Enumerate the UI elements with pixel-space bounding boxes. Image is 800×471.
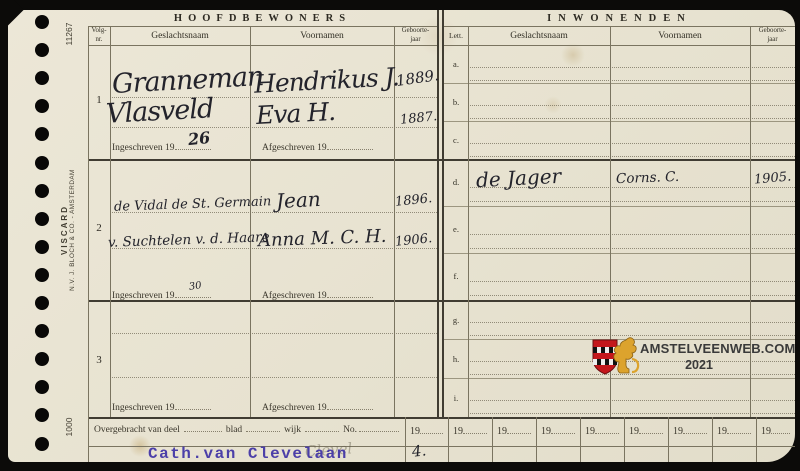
lett-label: h. <box>444 354 468 364</box>
transfer-dots-1 <box>184 422 222 432</box>
grid-line <box>110 26 111 417</box>
volgnr-3: 3 <box>88 354 110 366</box>
ruled-dotted-line <box>468 105 795 106</box>
ruled-dotted-line <box>468 248 795 249</box>
printer-name: VISCARD <box>60 159 69 301</box>
handwriting-inwonende-voornamen-d: Corns. C. <box>616 171 680 187</box>
binder-hole <box>35 15 49 29</box>
year-cell-dots <box>463 424 487 434</box>
ingeschreven-row-3: Ingeschreven 19 <box>112 400 211 413</box>
binder-hole <box>35 127 49 141</box>
ruled-dotted-line <box>468 234 795 235</box>
binder-hole <box>35 268 49 282</box>
transfer-label-no: No. <box>343 425 357 435</box>
grid-line <box>444 83 795 84</box>
grid-line <box>444 45 795 46</box>
year-cell: 19 <box>410 424 443 437</box>
binder-hole <box>35 324 49 338</box>
afgeschreven-row-1: Afgeschreven 19 <box>262 140 373 153</box>
printer-address: N.V. J. BLOCH & CO. - AMSTERDAM <box>69 159 76 301</box>
binder-hole <box>35 43 49 57</box>
year-cell: 19 <box>453 424 487 437</box>
year-cell-prefix: 19 <box>673 426 683 437</box>
ruled-dotted-line <box>110 377 437 378</box>
ruled-dotted-line <box>468 118 795 119</box>
ingeschreven-ruled-dots-3 <box>175 400 211 410</box>
binder-hole <box>35 380 49 394</box>
col-header-voornamen-left: Voornamen <box>250 31 394 41</box>
ruled-dotted-line <box>468 413 795 414</box>
afgeschreven-label-2: Afgeschreven 19 <box>262 291 327 301</box>
register-table: HOOFDBEWONERS INWONENDEN Volg- nr. Gesla… <box>88 10 795 462</box>
lett-label: g. <box>444 315 468 325</box>
year-cell-dots <box>727 424 751 434</box>
binder-hole <box>35 71 49 85</box>
col-header-geboortejaar-right-l1: Geboorte- <box>750 27 795 36</box>
section-title-inwonenden: INWONENDEN <box>444 13 795 24</box>
grid-line <box>448 417 449 462</box>
card-paper: 11267 VISCARD N.V. J. BLOCH & CO. - AMST… <box>8 10 795 462</box>
grid-line <box>668 417 669 462</box>
ruled-dotted-line <box>468 322 795 323</box>
ruled-dotted-line <box>468 143 795 144</box>
year-cell: 19 <box>761 424 790 437</box>
handwriting-geboortejaar-2b: 1906. <box>394 232 432 249</box>
transfer-dots-3 <box>305 422 339 432</box>
ruled-dotted-line <box>468 295 795 296</box>
binder-hole <box>35 184 49 198</box>
grid-line <box>444 206 795 207</box>
year-cell-dots <box>771 424 790 434</box>
watermark-year: 2021 <box>640 358 758 372</box>
year-cell-dots <box>507 424 531 434</box>
watermark-amstelveenweb: AMSTELVEENWEB.COM 2021 <box>588 334 766 382</box>
ruled-dotted-line <box>468 400 795 401</box>
afgeschreven-label-1: Afgeschreven 19 <box>262 143 327 153</box>
grid-line <box>580 417 581 462</box>
col-header-voornamen-right: Voornamen <box>610 31 750 41</box>
year-cell-prefix: 19 <box>410 426 420 437</box>
handwriting-geboortejaar-2a: 1896. <box>394 192 432 209</box>
binder-hole <box>35 212 49 226</box>
year-cell: 19 <box>497 424 531 437</box>
year-cell-dots <box>639 424 663 434</box>
handwriting-voornamen-1b: Eva H. <box>255 99 335 128</box>
handwriting-geslachtsnaam-2a: de Vidal de St. Germain <box>114 195 272 213</box>
section-title-hoofdbewoners: HOOFDBEWONERS <box>88 13 437 24</box>
transfer-label-deel: Overgebracht van deel <box>94 425 180 435</box>
grid-line <box>88 26 89 462</box>
handwriting-inwonende-geboortejaar-d: 1905. <box>754 170 792 186</box>
year-cell: 19 <box>717 424 751 437</box>
ruled-dotted-line <box>468 67 795 68</box>
year-cell: 19 <box>629 424 663 437</box>
col-header-volgnr-l2: nr. <box>88 36 110 45</box>
handwriting-voornamen-2b: Anna M. C. H. <box>258 228 387 250</box>
handwriting-geslachtsnaam-1a: Granneman <box>111 63 264 98</box>
year-cell-prefix: 19 <box>629 426 639 437</box>
binder-hole <box>35 296 49 310</box>
transfer-label-wijk: wijk <box>284 425 301 435</box>
lion-icon <box>612 335 642 377</box>
grid-line <box>444 26 795 27</box>
year-cell: 19 <box>585 424 619 437</box>
volgnr-2: 2 <box>88 222 110 234</box>
year-cell-dots <box>420 424 443 434</box>
year-cell-dots <box>595 424 619 434</box>
ruled-dotted-line <box>110 333 437 334</box>
year-cell-prefix: 19 <box>453 426 463 437</box>
afgeschreven-row-3: Afgeschreven 19 <box>262 400 373 413</box>
afgeschreven-row-2: Afgeschreven 19 <box>262 288 373 301</box>
col-header-volgnr: Volg- nr. <box>88 27 110 45</box>
grid-line <box>444 121 795 122</box>
year-cell-dots <box>683 424 707 434</box>
year-cell: 19 <box>673 424 707 437</box>
year-cell-prefix: 19 <box>585 426 595 437</box>
year-cell-prefix: 19 <box>761 426 771 437</box>
grid-line <box>88 417 795 419</box>
printer-imprint: VISCARD N.V. J. BLOCH & CO. - AMSTERDAM <box>60 159 86 301</box>
col-header-volgnr-l1: Volg- <box>88 27 110 36</box>
year-cell: 19 <box>541 424 575 437</box>
afgeschreven-ruled-dots-3 <box>327 400 373 410</box>
ruled-dotted-line <box>468 281 795 282</box>
afgeschreven-label-3: Afgeschreven 19 <box>262 403 327 413</box>
print-code-top: 11267 <box>64 14 76 54</box>
handwriting-transfer-value: 4. <box>411 443 427 459</box>
grid-line <box>405 417 406 462</box>
ruled-dotted-line <box>468 156 795 157</box>
scanned-register-card: 11267 VISCARD N.V. J. BLOCH & CO. - AMST… <box>0 0 800 471</box>
col-header-geslachtsnaam-right: Geslachtsnaam <box>468 31 610 41</box>
afgeschreven-ruled-dots-2 <box>327 288 373 298</box>
handwriting-geboortejaar-1a: 1889. <box>395 68 440 89</box>
binder-hole <box>35 156 49 170</box>
lett-label: e. <box>444 224 468 234</box>
transfer-label-blad: blad <box>226 425 242 435</box>
ruled-dotted-line <box>468 201 795 202</box>
binder-hole <box>35 437 49 451</box>
year-cell-dots <box>551 424 575 434</box>
binder-hole <box>35 352 49 366</box>
lett-label: i. <box>444 393 468 403</box>
handwriting-ingeschreven-year-2: 30 <box>188 281 202 293</box>
ruled-dotted-line <box>468 80 795 81</box>
handwriting-geboortejaar-1b: 1887. <box>399 110 437 127</box>
grid-line <box>492 417 493 462</box>
lett-label: c. <box>444 135 468 145</box>
col-header-geboortejaar-right-l2: jaar <box>750 36 795 45</box>
transfer-dots-2 <box>246 422 280 432</box>
lett-label: f. <box>444 271 468 281</box>
address-stamp: Cath.van Clevelaan <box>148 445 348 463</box>
grid-line <box>468 26 469 417</box>
handwriting-ingeschreven-year-1: 26 <box>187 130 211 148</box>
col-header-geboortejaar-left-l2: jaar <box>394 36 437 45</box>
col-header-geboortejaar-left-l1: Geboorte- <box>394 27 437 36</box>
grid-line <box>756 417 757 462</box>
grid-line <box>712 417 713 462</box>
ingeschreven-label-1: Ingeschreven 19 <box>112 143 175 153</box>
grid-line <box>536 417 537 462</box>
col-header-lett: Lett. <box>444 31 468 40</box>
grid-line <box>88 45 437 46</box>
transfer-dots-4 <box>359 422 399 432</box>
year-cell-prefix: 19 <box>497 426 507 437</box>
print-code-bottom: 1000 <box>64 407 76 447</box>
ingeschreven-label-2: Ingeschreven 19 <box>112 291 175 301</box>
handwriting-geslachtsnaam-1b: Vlasveld <box>105 95 214 128</box>
binder-hole <box>35 99 49 113</box>
grid-line <box>624 417 625 462</box>
lett-label: a. <box>444 59 468 69</box>
year-cell-prefix: 19 <box>717 426 727 437</box>
col-header-geslachtsnaam-left: Geslachtsnaam <box>110 31 250 41</box>
binder-hole <box>35 408 49 422</box>
handwriting-voornamen-1a: Hendrikus J. <box>253 64 399 97</box>
binder-hole <box>35 240 49 254</box>
handwriting-inwonende-geslachtsnaam-d: de Jager <box>476 166 562 190</box>
handwriting-voornamen-2a: Jean <box>276 189 322 211</box>
col-header-geboortejaar-left: Geboorte- jaar <box>394 27 437 45</box>
grid-line <box>444 253 795 254</box>
lett-label: d. <box>444 177 468 187</box>
ingeschreven-label-3: Ingeschreven 19 <box>112 403 175 413</box>
watermark-site: AMSTELVEENWEB.COM <box>640 341 796 356</box>
grid-line <box>88 26 437 27</box>
col-header-geboortejaar-right: Geboorte- jaar <box>750 27 795 45</box>
card-corner-cut <box>0 0 24 26</box>
transfer-row: Overgebracht van deel blad wijk No. <box>94 422 400 435</box>
afgeschreven-ruled-dots-1 <box>327 140 373 150</box>
lett-label: b. <box>444 97 468 107</box>
year-cell-prefix: 19 <box>541 426 551 437</box>
